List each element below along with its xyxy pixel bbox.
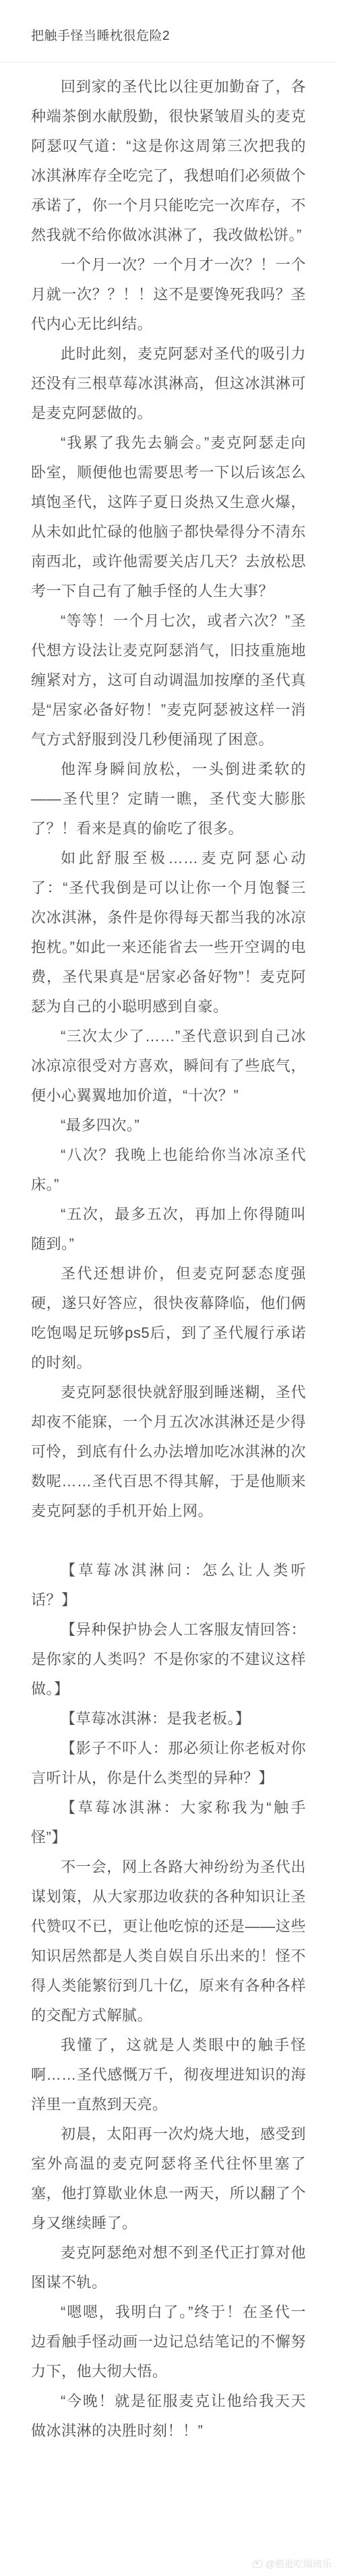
paragraph: “今晚！就是征服麦克让他给我天天做冰淇淋的决胜时刻！！” [31,2387,306,2446]
weibo-logo-icon [253,2560,263,2568]
paragraph: 他浑身瞬间放松，一头倒进柔软的——圣代里？定睛一瞧，圣代变大膨胀了？！看来是真的… [31,755,306,844]
weibo-watermark: @憨逛吃瑞琉乐 [253,2557,332,2571]
paragraph: 不一会，网上各路大神纷纷为圣代出谋划策，从大家那边收获的各种知识让圣代赞叹不已，… [31,1852,306,2030]
paragraph: 【草莓冰淇淋问：怎么让人类听话？】 [31,1556,306,1615]
paragraph: “三次太少了……”圣代意识到自己冰冰凉凉很受对方喜欢，瞬间有了些底气，便小心翼翼… [31,1022,306,1111]
paragraph: 回到家的圣代比以往更加勤奋了，各种端茶倒水献殷勤，很快紧皱眉头的麦克阿瑟叹气道：… [31,72,306,250]
watermark-handle: @憨逛吃瑞琉乐 [266,2557,332,2571]
paragraph: “嗯嗯，我明白了。”终于！在圣代一边看触手怪动画一边记总结笔记的不懈努力下，他大… [31,2297,306,2387]
paragraph: 麦克阿瑟很快就舒服到睡迷糊，圣代却夜不能寐，一个月五次冰淇淋还是少得可怜，到底有… [31,1378,306,1526]
paragraph: “八次？我晚上也能给你当冰凉圣代床。” [31,1140,306,1200]
paragraph: 麦克阿瑟绝对想不到圣代正打算对他图谋不轨。 [31,2238,306,2297]
story-content: 回到家的圣代比以往更加勤奋了，各种端茶倒水献殷勤，很快紧皱眉头的麦克阿瑟叹气道：… [31,63,306,2446]
page-title: 把触手怪当睡枕很危险2 [31,0,306,45]
blank-line [31,1526,306,1556]
paragraph: 圣代还想讲价，但麦克阿瑟态度强硬，遂只好答应，很快夜幕降临，他们俩吃饱喝足玩够p… [31,1259,306,1378]
paragraph: 【影子不吓人：那必须让你老板对你言听计从，你是什么类型的异种？】 [31,1734,306,1793]
paragraph: 【异种保护协会人工客服友情回答：是你家的人类吗？不是你家的不建议这样做。】 [31,1615,306,1704]
paragraph: “五次，最多五次，再加上你得随叫随到。” [31,1200,306,1259]
paragraph: 我懂了，这就是人类眼中的触手怪啊……圣代感慨万千，彻夜埋进知识的海洋里一直熬到天… [31,2030,306,2119]
page-root: 把触手怪当睡枕很危险2 回到家的圣代比以往更加勤奋了，各种端茶倒水献殷勤，很快紧… [0,0,337,2446]
paragraph: 初晨，太阳再一次灼烧大地，感受到室外高温的麦克阿瑟将圣代往怀里塞了塞，他打算歇业… [31,2119,306,2238]
paragraph: 【草莓冰淇淋：是我老板。】 [31,1704,306,1734]
paragraph: “我累了我先去躺会。”麦克阿瑟走向卧室，顺便他也需要思考一下以后该怎么填饱圣代，… [31,428,306,606]
paragraph: 【草莓冰淇淋：大家称我为“触手怪”】 [31,1793,306,1852]
paragraph: “最多四次。” [31,1111,306,1140]
paragraph: 此时此刻，麦克阿瑟对圣代的吸引力还没有三根草莓冰淇淋高，但这冰淇淋可是麦克阿瑟做… [31,339,306,428]
paragraph: “等等！一个月七次，或者六次？”圣代想方设法让麦克阿瑟消气，旧技重施地缠紧对方，… [31,606,306,755]
paragraph: 如此舒服至极……麦克阿瑟心动了：“圣代我倒是可以让你一个月饱餐三次冰淇淋，条件是… [31,844,306,1022]
paragraph: 一个月一次？一个月才一次？！一个月就一次？？！！这不是要馋死我吗？圣代内心无比纠… [31,250,306,339]
